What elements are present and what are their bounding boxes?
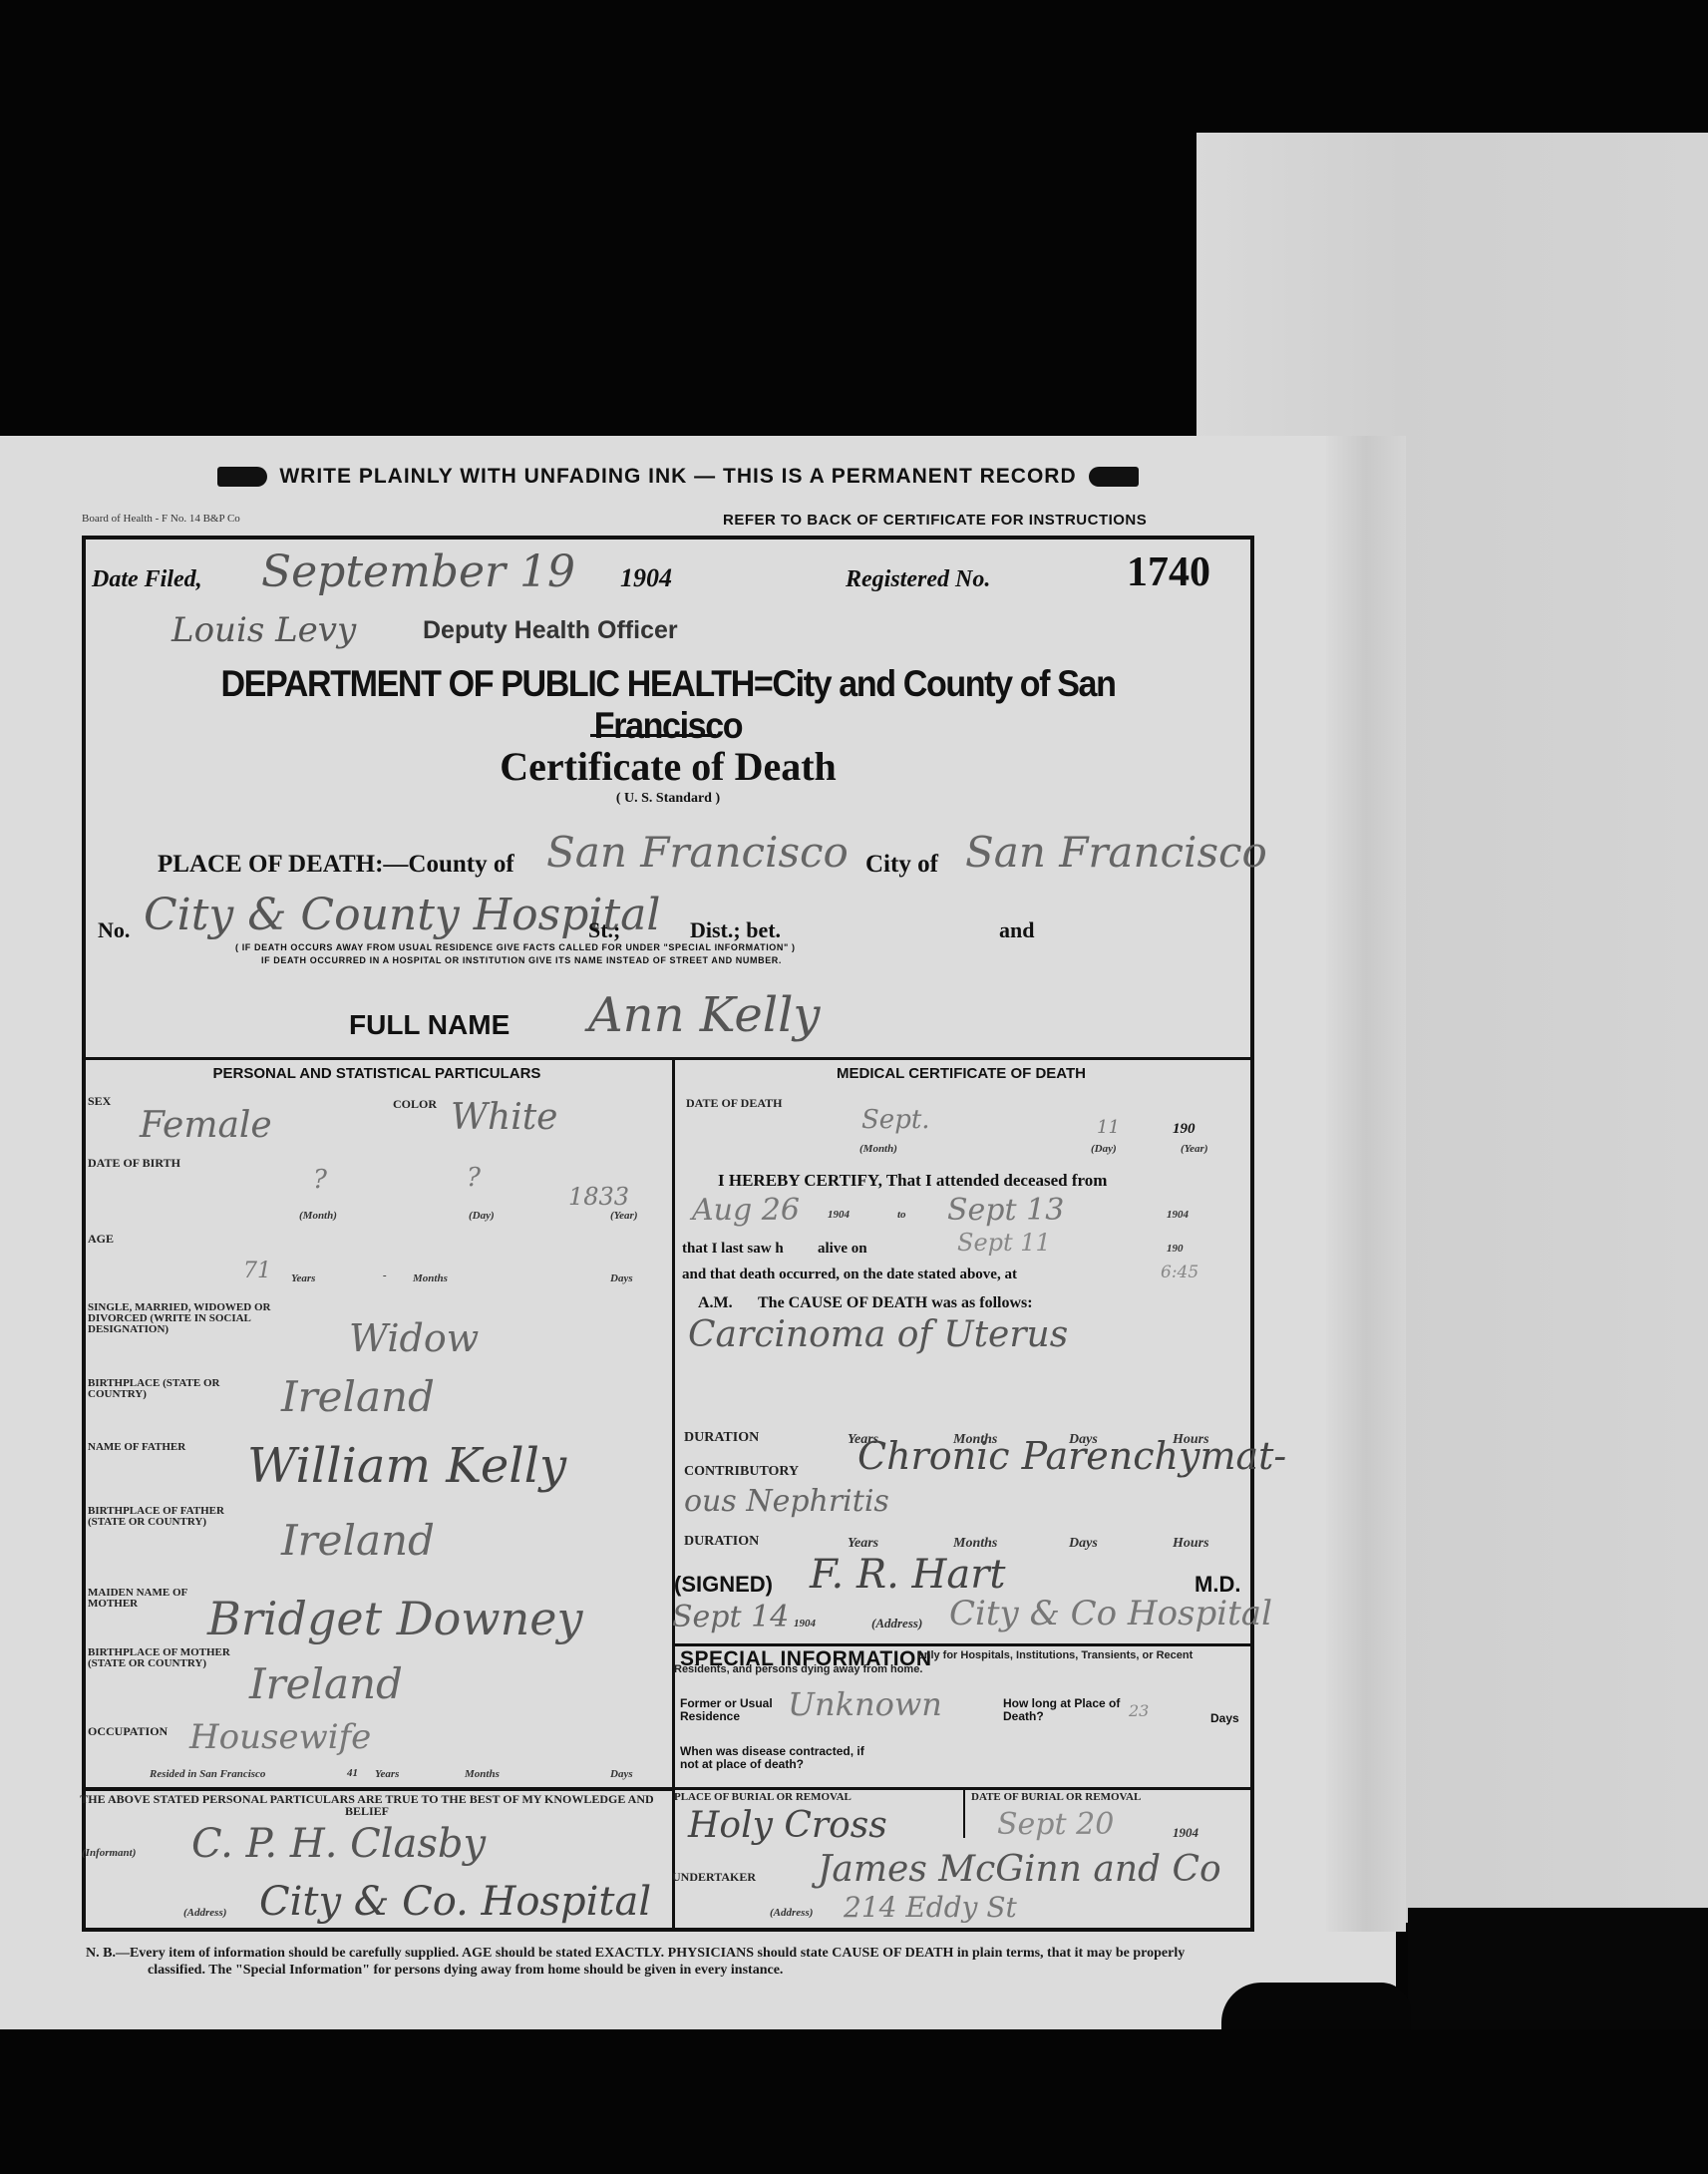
mother-birthplace-label: BIRTHPLACE OF MOTHER (State or Country) (88, 1647, 237, 1669)
how-long-label: How long at Place of Death? (1003, 1697, 1143, 1723)
occurred-text: and that death occurred, on the date sta… (682, 1267, 1017, 1283)
age-months-label: Months (413, 1272, 448, 1284)
how-long-days-label: Days (1210, 1711, 1239, 1725)
father-birthplace-label: BIRTHPLACE OF FATHER (State or Country) (88, 1506, 237, 1528)
informant-name: C. P. H. Clasby (191, 1821, 486, 1867)
dob-month-label: (Month) (299, 1210, 337, 1222)
to-year: 1904 (1167, 1209, 1189, 1221)
resided-years-label: Years (375, 1768, 399, 1780)
personal-heading: PERSONAL AND STATISTICAL PARTICULARS (86, 1065, 668, 1082)
dob-day-label: (Day) (469, 1210, 495, 1222)
date-filed-year: 1904 (620, 563, 672, 593)
physician-address: City & Co Hospital (949, 1594, 1272, 1633)
resided-label: Resided in San Francisco (150, 1768, 265, 1780)
cause-text: The CAUSE OF DEATH was as follows: (758, 1294, 1033, 1312)
resided-months-label: Months (465, 1768, 500, 1780)
age-months: - (383, 1269, 387, 1281)
duration-days-label-2: Days (1069, 1536, 1098, 1552)
occupation-label: OCCUPATION (88, 1725, 168, 1737)
duration-months-label-2: Months (953, 1536, 997, 1552)
physician-signature: F. R. Hart (810, 1552, 1005, 1598)
dod-year-label: (Year) (1181, 1143, 1208, 1155)
dob-day: ? (467, 1163, 481, 1193)
informant-statement: THE ABOVE STATED PERSONAL PARTICULARS AR… (78, 1793, 656, 1817)
no-label: No. (98, 917, 130, 943)
certify-text: I HEREBY CERTIFY, That I attended deceas… (718, 1171, 1107, 1191)
age-years-label: Years (291, 1272, 315, 1284)
medical-heading: MEDICAL CERTIFICATE OF DEATH (672, 1065, 1250, 1082)
age-label: AGE (88, 1233, 114, 1245)
registered-label: Registered No. (846, 566, 990, 593)
officer-title: Deputy Health Officer (423, 616, 678, 645)
footer-note: N. B.—Every item of information should b… (86, 1945, 1224, 1979)
duration-label-2: DURATION (684, 1536, 759, 1548)
father-label: NAME OF FATHER (88, 1442, 187, 1453)
undertaker-value: James McGinn and Co (818, 1849, 1221, 1890)
last-saw-date: Sept 11 (957, 1229, 1051, 1257)
former-residence-value: Unknown (788, 1685, 942, 1723)
sex-value: Female (140, 1105, 272, 1146)
death-time: 6:45 (1161, 1263, 1198, 1282)
institution-value: City & County Hospital (144, 890, 660, 940)
dob-year: 1833 (568, 1183, 629, 1211)
duration-label: DURATION (684, 1432, 759, 1444)
occupation-value: Housewife (189, 1717, 371, 1757)
place-note-2: IF DEATH OCCURRED IN A HOSPITAL OR INSTI… (261, 955, 1139, 965)
signed-year: 1904 (794, 1618, 816, 1630)
father-birthplace-value: Ireland (281, 1516, 435, 1565)
dod-year: 190 (1173, 1121, 1196, 1138)
former-residence-label: Former or Usual Residence (680, 1697, 790, 1723)
district-label: Dist.; bet. (690, 917, 781, 943)
special-subtitle: only for Hospitals, Institutions, Transi… (674, 1648, 1228, 1676)
sex-label: SEX (88, 1095, 111, 1107)
color-label: COLOR (393, 1098, 437, 1110)
attended-from: Aug 26 (692, 1193, 800, 1228)
place-note-1: ( IF DEATH OCCURS AWAY FROM USUAL RESIDE… (235, 942, 1133, 952)
how-long-value: 23 (1129, 1701, 1149, 1720)
alive-on-label: alive on (818, 1241, 867, 1258)
page-binding-shadow (1326, 436, 1406, 1932)
birthplace-label: BIRTHPLACE (State or Country) (88, 1378, 237, 1400)
divider (675, 1643, 1250, 1646)
divider (963, 1790, 965, 1838)
burial-place-value: Holy Cross (688, 1805, 887, 1846)
physician-address-label: (Address) (871, 1616, 922, 1631)
dod-day: 11 (1097, 1117, 1120, 1138)
county-value: San Francisco (546, 828, 849, 877)
color-value: White (451, 1097, 557, 1138)
contributory-value: Chronic Parenchymat- (857, 1434, 1286, 1478)
dod-month: Sept. (861, 1105, 930, 1135)
top-banner: WRITE PLAINLY WITH UNFADING INK — THIS I… (140, 465, 1216, 489)
mother-birthplace-value: Ireland (249, 1659, 403, 1708)
date-filed-value: September 19 (261, 546, 575, 597)
resided-days-label: Days (610, 1768, 633, 1780)
signed-date: Sept 14 (672, 1600, 789, 1634)
mother-label: MAIDEN NAME OF MOTHER (88, 1588, 227, 1610)
full-name-label: FULL NAME (349, 1009, 510, 1041)
officer-signature: Louis Levy (171, 610, 356, 650)
divider (86, 1787, 672, 1791)
father-value: William Kelly (247, 1438, 566, 1494)
pointing-hand-icon (217, 467, 267, 487)
date-filed-label: Date Filed, (92, 566, 202, 593)
dob-label: DATE OF BIRTH (88, 1157, 180, 1169)
divider (86, 1057, 1250, 1060)
marital-label: SINGLE, MARRIED, WIDOWED OR DIVORCED (Wr… (88, 1302, 287, 1335)
us-standard: ( U. S. Standard ) (120, 791, 1216, 807)
undertaker-address: 214 Eddy St (844, 1891, 1017, 1924)
instructions-note: REFER TO BACK OF CERTIFICATE FOR INSTRUC… (723, 512, 1147, 529)
contracted-label: When was disease contracted, if not at p… (680, 1745, 879, 1771)
burial-place-label: PLACE OF BURIAL OR REMOVAL (674, 1791, 852, 1803)
dob-year-label: (Year) (610, 1210, 638, 1222)
informant-label: (Informant) (82, 1847, 136, 1859)
department-title: DEPARTMENT OF PUBLIC HEALTH=City and Cou… (164, 663, 1173, 747)
pointing-hand-icon (1089, 467, 1139, 487)
background-bottom (0, 2029, 1708, 2174)
and-label: and (999, 917, 1034, 943)
age-days-label: Days (610, 1272, 633, 1284)
last-saw-label: that I last saw h (682, 1241, 784, 1258)
duration-hours-label-2: Hours (1173, 1536, 1209, 1552)
last-saw-year: 190 (1167, 1243, 1184, 1255)
mother-value: Bridget Downey (207, 1592, 583, 1645)
registered-number: 1740 (1127, 548, 1210, 596)
attended-to: Sept 13 (947, 1193, 1064, 1228)
resided-years: 41 (347, 1767, 358, 1779)
burial-date-value: Sept 20 (997, 1807, 1114, 1842)
place-of-death-label: PLACE OF DEATH:—County of (158, 851, 514, 879)
dob-month: ? (313, 1165, 327, 1195)
burial-date-label: DATE OF BURIAL OR REMOVAL (971, 1791, 1141, 1803)
form-id: Board of Health - F No. 14 B&P Co (82, 513, 240, 525)
city-label: City of (865, 851, 938, 879)
burial-year: 1904 (1173, 1825, 1198, 1841)
signed-label: (SIGNED) (674, 1572, 773, 1598)
informant-address: City & Co. Hospital (259, 1879, 651, 1925)
full-name-value: Ann Kelly (588, 987, 821, 1043)
city-value: San Francisco (965, 828, 1267, 877)
dod-month-label: (Month) (859, 1143, 897, 1155)
dod-day-label: (Day) (1091, 1143, 1117, 1155)
age-years: 71 (243, 1259, 271, 1283)
contributory-label: CONTRIBUTORY (684, 1466, 799, 1478)
duration-years-label-2: Years (848, 1536, 878, 1552)
marital-value: Widow (349, 1316, 479, 1360)
undertaker-label: UNDERTAKER (672, 1871, 756, 1883)
cause-value: Carcinoma of Uterus (688, 1314, 1068, 1355)
to-label: to (897, 1209, 906, 1221)
top-banner-text: WRITE PLAINLY WITH UNFADING INK — THIS I… (279, 465, 1076, 488)
certificate-title: Certificate of Death (120, 743, 1216, 790)
informant-address-label: (Address) (183, 1907, 226, 1919)
street-label: St.; (588, 917, 620, 943)
contributory-value-2: ous Nephritis (684, 1484, 889, 1519)
from-year: 1904 (828, 1209, 850, 1221)
undertaker-address-label: (Address) (770, 1907, 813, 1919)
birthplace-value: Ireland (281, 1372, 435, 1421)
am-label: A.M. (698, 1294, 733, 1312)
dod-label: DATE OF DEATH (686, 1097, 782, 1109)
